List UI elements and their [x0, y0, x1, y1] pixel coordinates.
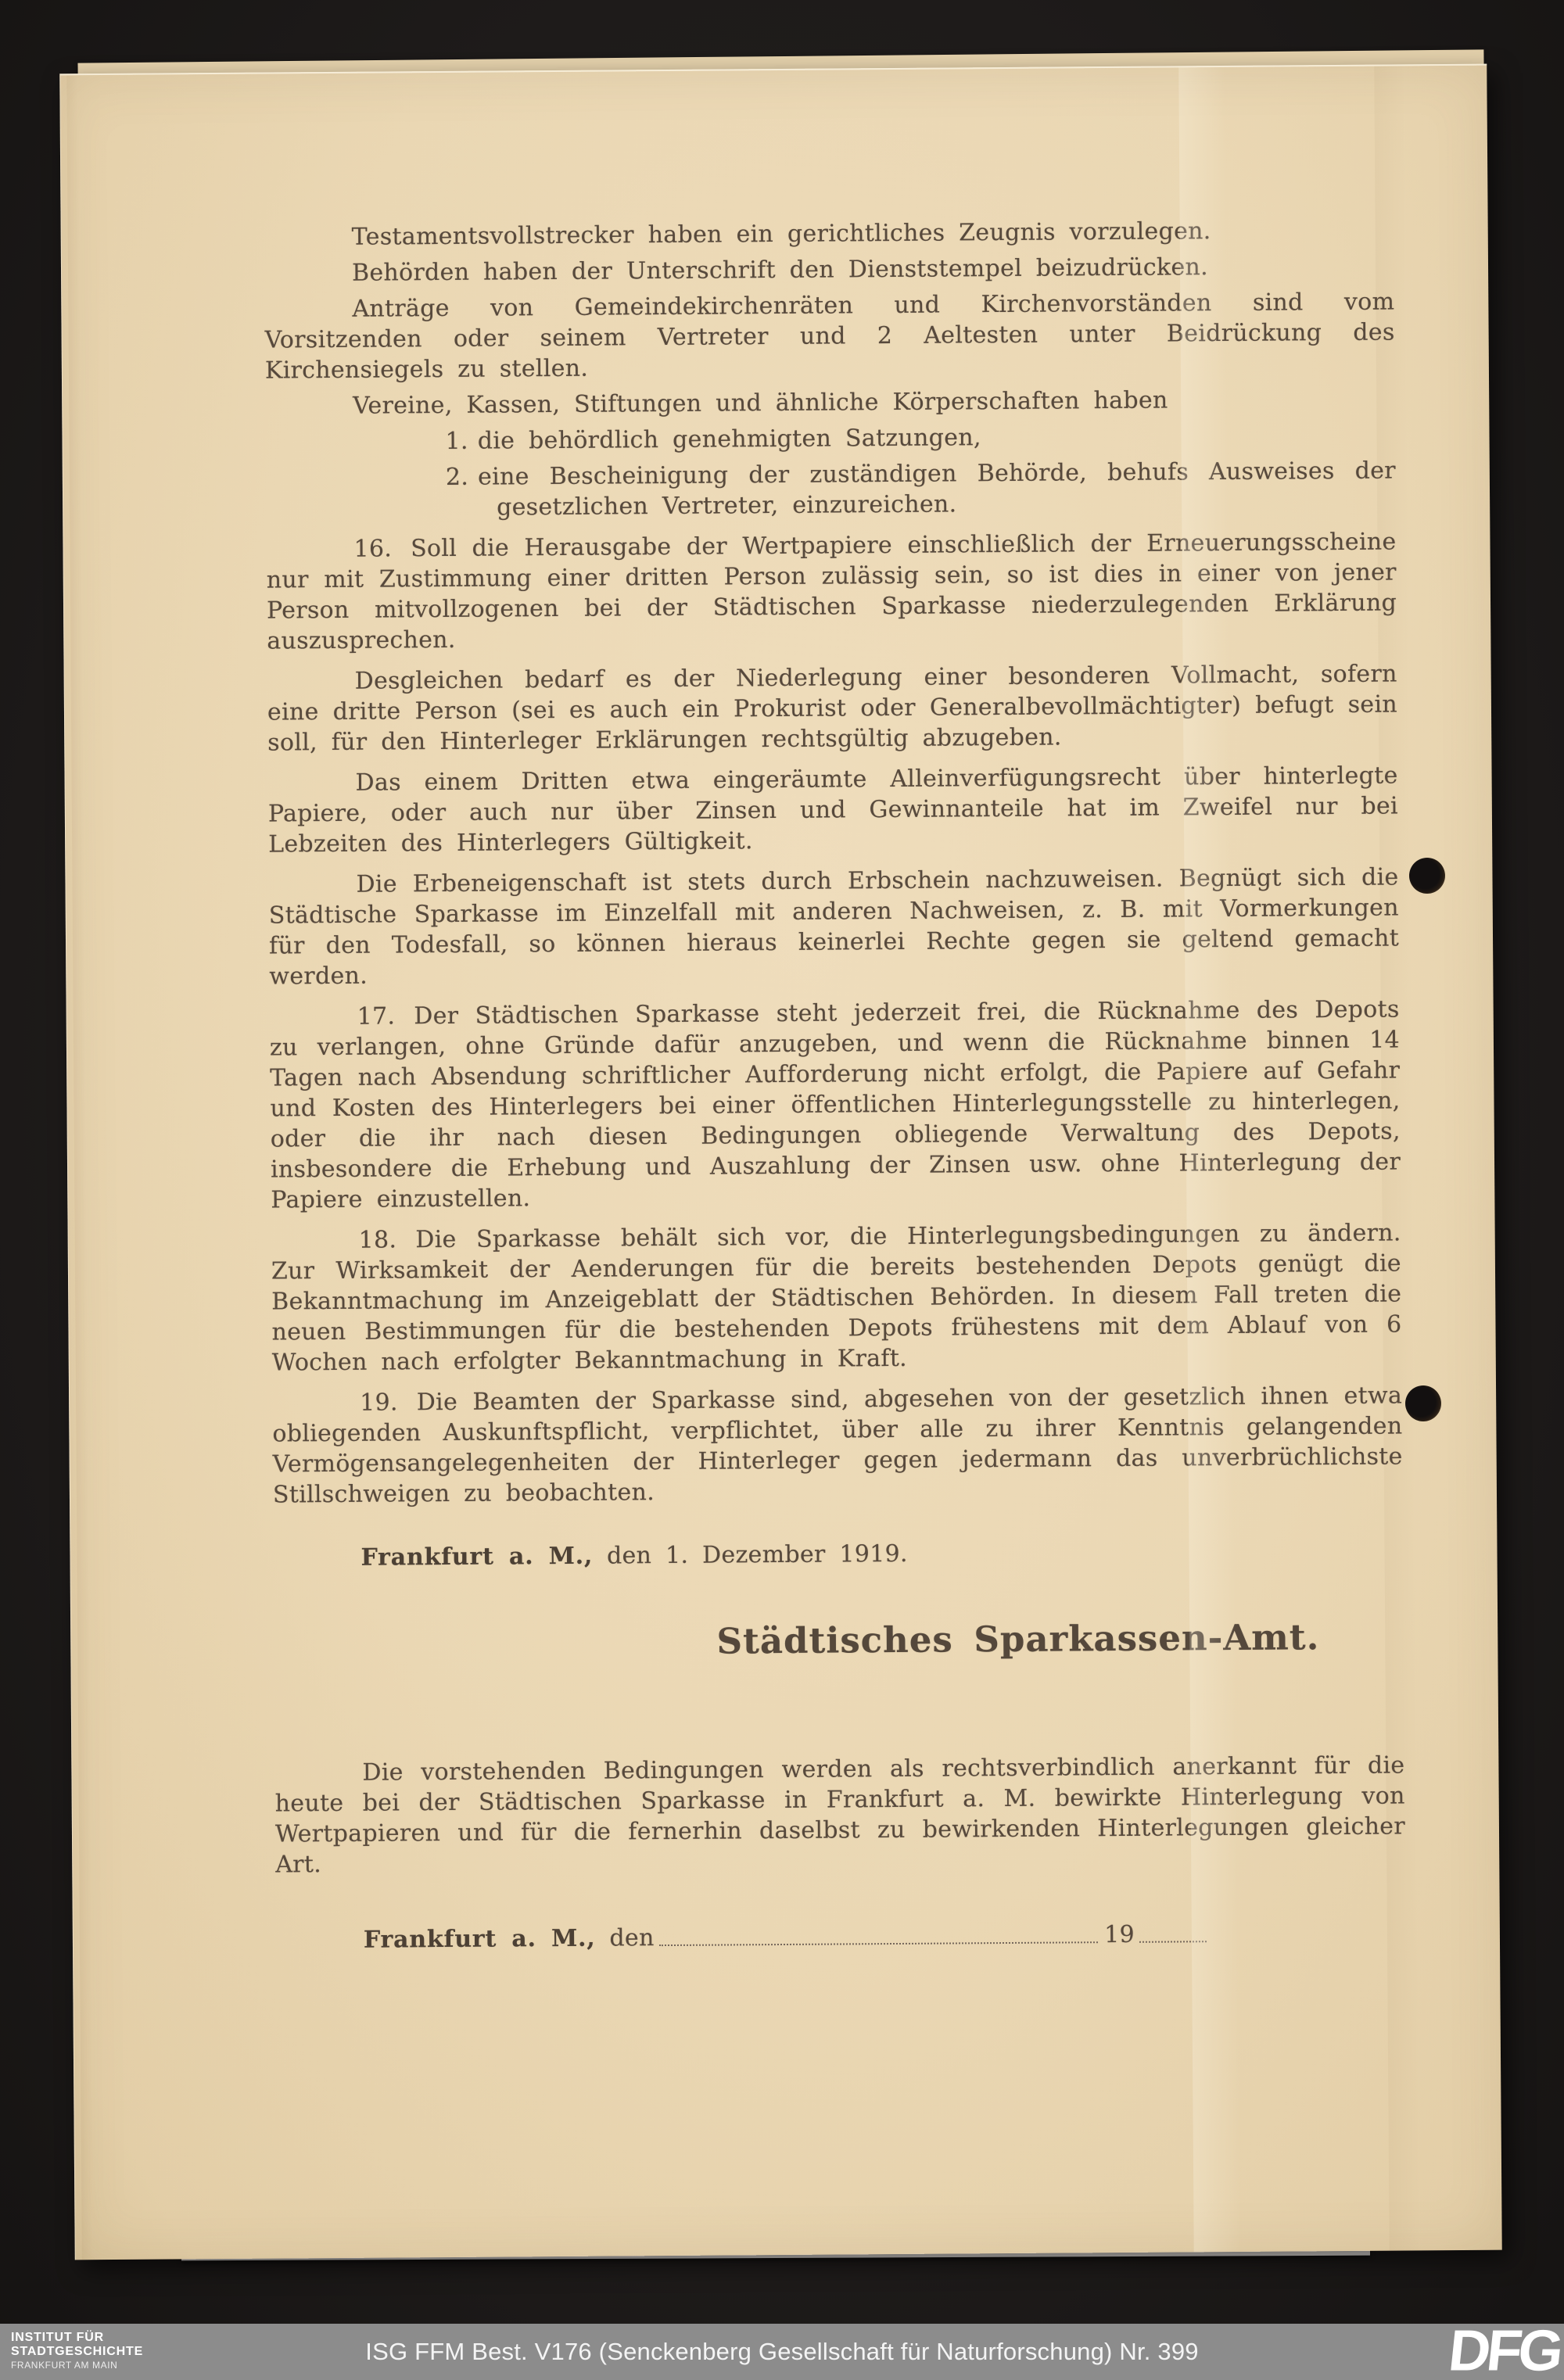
- acknowledgement-paragraph: Die vorstehenden Bedingungen werden als …: [274, 1750, 1405, 1880]
- paragraph-text: Die Sparkasse behält sich vor, die Hinte…: [271, 1219, 1402, 1376]
- dfg-logo: DFG: [1446, 2322, 1562, 2380]
- institute-logo: INSTITUT FÜR STADTGESCHICHTE FRANKFURT A…: [11, 2331, 143, 2371]
- archive-footer-bar: INSTITUT FÜR STADTGESCHICHTE FRANKFURT A…: [0, 2324, 1564, 2380]
- institute-line: STADTGESCHICHTE: [11, 2345, 143, 2359]
- archive-caption: ISG FFM Best. V176 (Senckenberg Gesellsc…: [365, 2338, 1198, 2366]
- terms-paragraph-16: 16.Soll die Herausgabe der Wertpapiere e…: [266, 526, 1397, 656]
- fill-in-date-line: Frankfurt a. M., den 19: [364, 1919, 1207, 1955]
- agency-heading: Städtisches Sparkassen-Amt.: [274, 1616, 1319, 1665]
- paragraph-text: Die Erbeneigenschaft ist stets durch Erb…: [269, 863, 1399, 990]
- terms-paragraph-18: 18.Die Sparkasse behält sich vor, die Hi…: [271, 1217, 1402, 1378]
- terms-paragraph: Das einem Dritten etwa eingeräumte Allei…: [267, 760, 1398, 859]
- date-line-place: Frankfurt a. M.,: [361, 1543, 593, 1572]
- terms-paragraph: Die Erbeneigenschaft ist stets durch Erb…: [268, 862, 1399, 991]
- dotted-leader: [659, 1941, 1099, 1946]
- fill-in-place: Frankfurt a. M.,: [364, 1923, 596, 1955]
- section-number: 17.: [357, 1002, 396, 1030]
- fill-in-year-prefix: 19: [1104, 1919, 1135, 1950]
- list-item-text: eine Bescheinigung der zuständigen Behör…: [478, 457, 1396, 521]
- terms-list-item: 1.die behördlich genehmigten Satzungen,: [265, 419, 1395, 457]
- section-number: 16.: [353, 535, 392, 562]
- section-number: 18.: [359, 1226, 397, 1253]
- terms-paragraph-17: 17.Der Städtischen Sparkasse steht jeder…: [270, 994, 1401, 1215]
- institute-line: INSTITUT FÜR: [11, 2331, 143, 2345]
- paragraph-text: Desgleichen bedarf es der Niederlegung e…: [267, 660, 1397, 756]
- body-text: Testamentsvollstrecker haben ein gericht…: [264, 214, 1406, 1955]
- paragraph-text: Der Städtischen Sparkasse steht jederzei…: [270, 995, 1401, 1213]
- list-item-number: 1.: [445, 428, 468, 455]
- paragraph-text: Die Beamten der Sparkasse sind, abgesehe…: [272, 1382, 1402, 1508]
- scan-background: { "colors":{ "background":"#1e1b1a", "pa…: [0, 0, 1564, 2380]
- punch-hole-top: [1409, 858, 1445, 894]
- paragraph-text: Soll die Herausgabe der Wertpapiere eins…: [267, 528, 1397, 654]
- terms-paragraph: Desgleichen bedarf es der Niederlegung e…: [267, 658, 1398, 758]
- section-number: 19.: [360, 1389, 398, 1416]
- terms-paragraph: Testamentsvollstrecker haben ein gericht…: [264, 214, 1394, 253]
- terms-list-item: 2.eine Bescheinigung der zuständigen Beh…: [266, 455, 1397, 524]
- list-item-text: die behördlich genehmigten Satzungen,: [478, 424, 981, 454]
- institute-line: FRANKFURT AM MAIN: [11, 2359, 143, 2371]
- date-line: Frankfurt a. M., den 1. Dezember 1919.: [273, 1535, 1403, 1573]
- paragraph-text: Das einem Dritten etwa eingeräumte Allei…: [268, 762, 1398, 858]
- punch-hole-bottom: [1405, 1385, 1441, 1421]
- paper-sheet: Testamentsvollstrecker haben ein gericht…: [59, 64, 1501, 2260]
- paragraph-text: Testamentsvollstrecker haben ein gericht…: [352, 217, 1211, 251]
- date-line-date: den 1. Dezember 1919.: [607, 1540, 908, 1570]
- paragraph-text: Vereine, Kassen, Stiftungen und ähnliche…: [353, 387, 1168, 420]
- dotted-leader-short: [1139, 1940, 1207, 1943]
- fill-in-den: den: [609, 1923, 654, 1953]
- terms-paragraph: Behörden haben der Unterschrift den Dien…: [264, 250, 1394, 289]
- paragraph-text: Anträge von Gemeindekirchenräten und Kir…: [265, 288, 1395, 384]
- paragraph-text: Behörden haben der Unterschrift den Dien…: [352, 253, 1208, 287]
- terms-paragraph-19: 19.Die Beamten der Sparkasse sind, abges…: [272, 1380, 1403, 1510]
- list-item-number: 2.: [446, 464, 468, 491]
- terms-paragraph: Anträge von Gemeindekirchenräten und Kir…: [264, 286, 1395, 385]
- terms-paragraph: Vereine, Kassen, Stiftungen und ähnliche…: [265, 383, 1395, 421]
